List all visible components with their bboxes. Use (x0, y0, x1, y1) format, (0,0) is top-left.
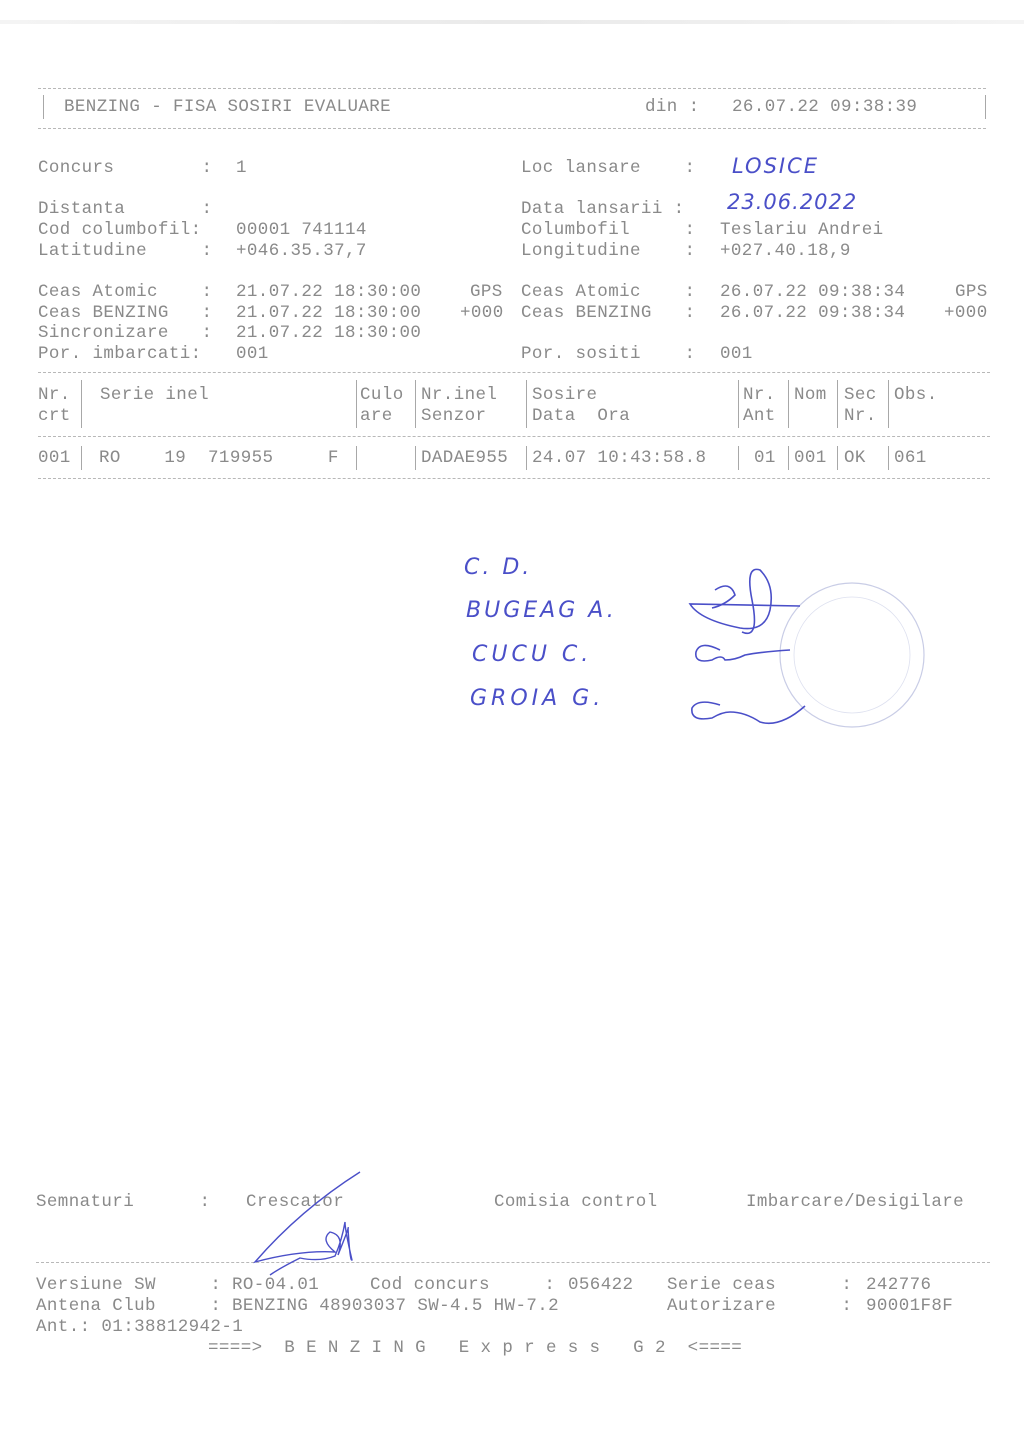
crescator-signature (0, 0, 1024, 1448)
serie-ceas-label: Serie ceas : (667, 1275, 852, 1295)
serie-ceas-value: 242776 (866, 1275, 931, 1295)
autorizare-value: 90001F8F (866, 1296, 953, 1316)
antena-label: Antena Club : (36, 1296, 221, 1316)
autorizare-label: Autorizare : (667, 1296, 852, 1316)
cod-concurs-label: Cod concurs : (370, 1275, 555, 1295)
cod-concurs-value: 056422 (568, 1275, 633, 1295)
benzing-express-banner: ====> B E N Z I N G E x p r e s s G 2 <=… (208, 1338, 742, 1358)
versiune-value: RO-04.01 (232, 1275, 319, 1295)
antena-value: BENZING 48903037 SW-4.5 HW-7.2 (232, 1296, 559, 1316)
ant-line: Ant.: 01:38812942-1 (36, 1317, 243, 1337)
versiune-label: Versiune SW : (36, 1275, 221, 1295)
